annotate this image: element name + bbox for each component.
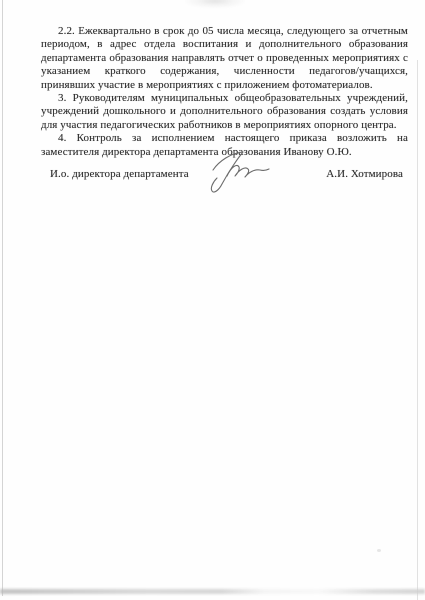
paragraph-3: 3. Руководителям муниципальных общеобраз… [41,92,408,132]
signer-position-label: И.о. директора департамента [50,168,189,180]
scanned-document-page: 2.2. Ежеквартально в срок до 05 числа ме… [0,0,425,600]
scan-edge-right [417,60,418,600]
scan-speck [377,549,381,552]
scan-edge-bottom [0,589,425,594]
paragraph-2-2: 2.2. Ежеквартально в срок до 05 числа ме… [41,25,408,92]
signer-name: А.И. Хотмирова [326,168,403,180]
document-body: 2.2. Ежеквартально в срок до 05 числа ме… [41,25,408,159]
scan-smudge-top [185,0,245,8]
scan-edge-left [2,0,3,596]
handwritten-signature-icon [197,144,275,202]
